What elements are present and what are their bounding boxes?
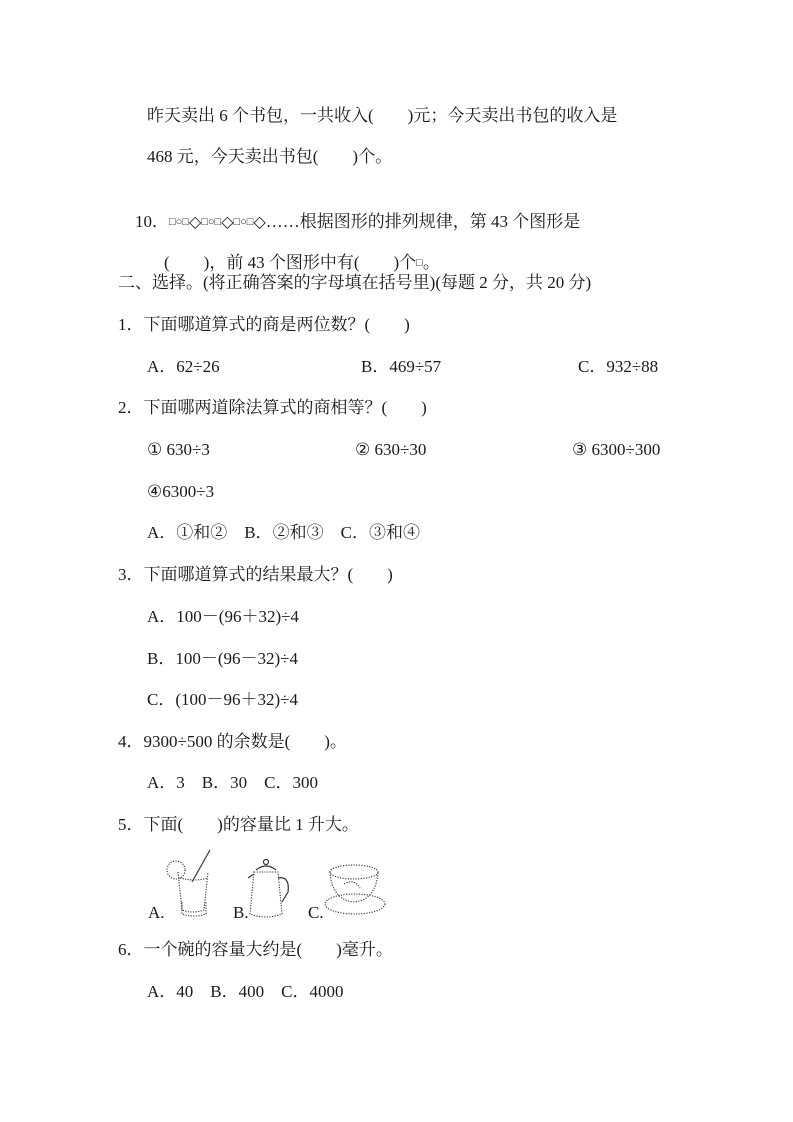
q6-stem: 6．一个碗的容量大约是( )毫升。 bbox=[118, 939, 393, 961]
q10-line2-end: 。 bbox=[423, 253, 440, 272]
section-title: 二、选择。(将正确答案的字母填在括号里)(每题 2 分，共 20 分) bbox=[118, 272, 591, 294]
q4-options: A．3 B．30 C．300 bbox=[147, 772, 318, 794]
q2-item-3: ③ 6300÷300 bbox=[572, 439, 660, 461]
q2-options: A．①和② B．②和③ C．③和④ bbox=[147, 522, 420, 544]
q2-item-4: ④6300÷3 bbox=[147, 481, 214, 503]
diamond-shape: ◇ bbox=[189, 214, 201, 231]
q10-line2-text: ( )，前 43 个图形中有( )个 bbox=[164, 253, 416, 272]
q5-figure-label-a: A. bbox=[148, 903, 165, 923]
q10-text: ……根据图形的排列规律，第 43 个图形是 bbox=[266, 212, 581, 231]
q9-line2: 468 元，今天卖出书包( )个。 bbox=[147, 146, 392, 168]
q3-option-c: C．(100－96＋32)÷4 bbox=[147, 689, 298, 711]
square-circle-square-shapes: □○□ bbox=[201, 216, 221, 228]
q1-stem: 1．下面哪道算式的商是两位数？( ) bbox=[118, 314, 410, 336]
q5-figure-label-c: C. bbox=[308, 903, 324, 923]
q6-options: A．40 B．400 C．4000 bbox=[147, 981, 343, 1003]
glass-with-straw-icon bbox=[164, 848, 216, 918]
q2-item-1: ① 630÷3 bbox=[147, 439, 210, 461]
diamond-shape: ◇ bbox=[253, 214, 265, 231]
q4-stem: 4．9300÷500 的余数是( )。 bbox=[118, 731, 347, 753]
q1-option-b: B．469÷57 bbox=[361, 356, 441, 378]
q3-stem: 3．下面哪道算式的结果最大？( ) bbox=[118, 564, 393, 586]
q3-option-a: A．100－(96＋32)÷4 bbox=[147, 606, 299, 628]
q9-line1: 昨天卖出 6 个书包，一共收入( )元；今天卖出书包的收入是 bbox=[147, 105, 617, 127]
q2-stem: 2．下面哪两道除法算式的商相等？( ) bbox=[118, 397, 427, 419]
q1-option-c: C．932÷88 bbox=[578, 356, 658, 378]
q2-item-2: ② 630÷30 bbox=[355, 439, 426, 461]
q10-number: 10． bbox=[135, 212, 169, 231]
diamond-shape: ◇ bbox=[221, 214, 233, 231]
q3-option-b: B．100－(96－32)÷4 bbox=[147, 648, 298, 670]
square-shape: □ bbox=[416, 257, 423, 269]
q1-option-a: A．62÷26 bbox=[147, 356, 220, 378]
coffee-pot-icon bbox=[246, 858, 294, 920]
teacup-icon bbox=[324, 862, 386, 918]
square-circle-square-shapes: □○□ bbox=[169, 216, 189, 228]
q5-stem: 5．下面( )的容量比 1 升大。 bbox=[118, 814, 359, 836]
square-circle-square-shapes: □○□ bbox=[234, 216, 254, 228]
